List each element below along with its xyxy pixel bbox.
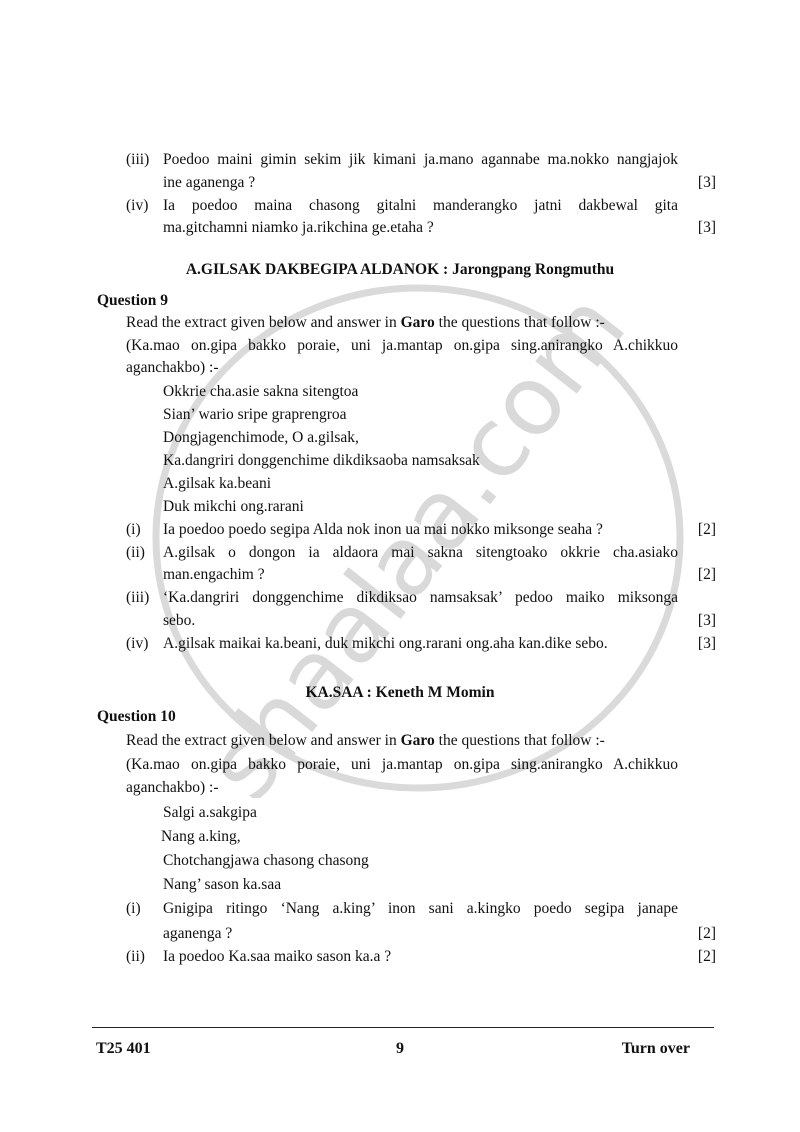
section-title: A.GILSAK DAKBEGIPA ALDANOK : Jarongpang … (0, 260, 800, 280)
item-text: A.gilsak o dongon ia aldaora mai sakna s… (163, 543, 678, 563)
instruction-garo: aganchakbo) :- (126, 358, 678, 378)
item-text: Gnigipa ritingo ‘Nang a.king’ inon sani … (163, 899, 678, 919)
question-heading: Question 9 (97, 291, 168, 311)
item-number: (ii) (126, 947, 145, 967)
item-text: Ia poedoo maina chasong gitalni manderan… (163, 196, 678, 216)
footer-divider (92, 1027, 714, 1028)
item-text: ‘Ka.dangriri donggenchime dikdiksao nams… (163, 588, 678, 608)
item-number: (i) (126, 899, 141, 919)
item-number: (ii) (126, 543, 145, 563)
instruction-garo: aganchakbo) :- (126, 778, 678, 798)
item-marks: [2] (698, 947, 716, 967)
poem-line: A.gilsak ka.beani (163, 474, 271, 494)
question-instruction: Read the extract given below and answer … (126, 731, 605, 751)
poem-line: Salgi a.sakgipa (163, 803, 257, 823)
poem-line: Sian’ wario sripe graprengroa (163, 405, 347, 425)
poem-line: Duk mikchi ong.rarani (163, 497, 304, 517)
item-text: ine aganenga ? (163, 173, 678, 193)
poem-line: Ka.dangriri donggenchime dikdiksaoba nam… (163, 451, 480, 471)
question-heading: Question 10 (97, 707, 176, 727)
item-marks: [2] (698, 924, 716, 944)
poem-line: Nang’ sason ka.saa (163, 875, 281, 895)
item-number: (i) (126, 520, 141, 540)
question-instruction: Read the extract given below and answer … (126, 313, 605, 333)
item-text: Ia poedoo Ka.saa maiko sason ka.a ? (163, 947, 678, 967)
item-marks: [2] (698, 520, 716, 540)
page-number: 9 (396, 1040, 404, 1058)
item-text: A.gilsak maikai ka.beani, duk mikchi ong… (163, 634, 678, 654)
instruction-garo: (Ka.mao on.gipa bakko poraie, uni ja.man… (126, 755, 678, 775)
item-number: (iv) (126, 634, 148, 654)
poem-line: Nang a.king, (161, 827, 241, 847)
item-text: ma.gitchamni niamko ja.rikchina ge.etaha… (163, 218, 678, 238)
poem-line: Dongjagenchimode, O a.gilsak, (163, 428, 359, 448)
item-text: sebo. (163, 611, 678, 631)
instruction-garo: (Ka.mao on.gipa bakko poraie, uni ja.man… (126, 336, 678, 356)
item-number: (iii) (126, 150, 149, 170)
poem-line: Okkrie cha.asie sakna sitengtoa (163, 382, 358, 402)
item-text: Poedoo maini gimin sekim jik kimani ja.m… (163, 150, 678, 170)
turn-over-label: Turn over (622, 1040, 690, 1058)
item-marks: [3] (698, 634, 716, 654)
item-marks: [3] (698, 611, 716, 631)
item-number: (iii) (126, 588, 149, 608)
item-text: aganenga ? (163, 924, 678, 944)
item-marks: [2] (698, 565, 716, 585)
item-text: man.engachim ? (163, 565, 678, 585)
item-number: (iv) (126, 196, 148, 216)
item-marks: [3] (698, 218, 716, 238)
item-text: Ia poedoo poedo segipa Alda nok inon ua … (163, 520, 678, 540)
poem-line: Chotchangjawa chasong chasong (163, 851, 369, 871)
paper-code: T25 401 (96, 1040, 151, 1058)
section-title: KA.SAA : Keneth M Momin (0, 683, 800, 703)
exam-page: (iii) Poedoo maini gimin sekim jik kiman… (0, 0, 800, 1132)
item-marks: [3] (698, 173, 716, 193)
